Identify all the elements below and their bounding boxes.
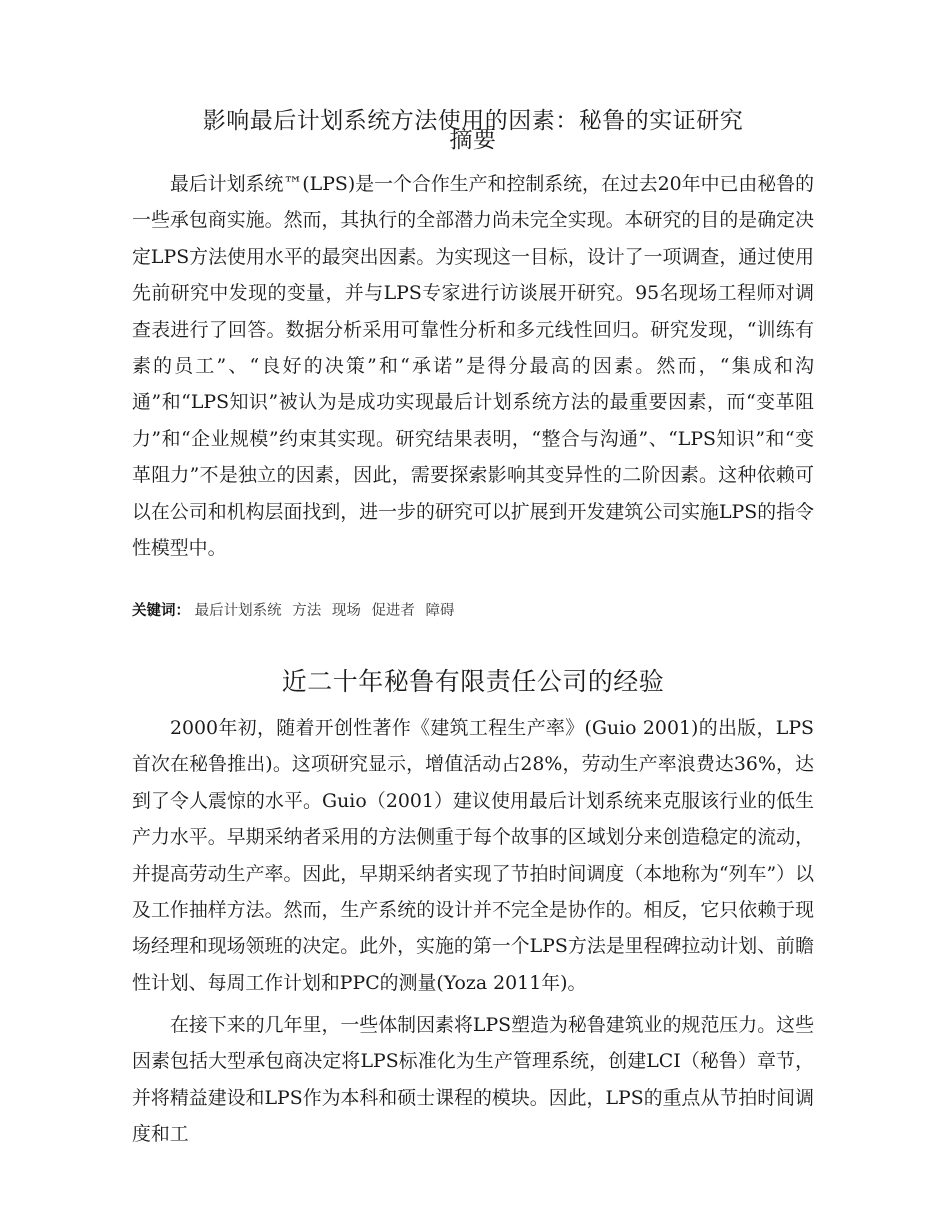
keyword: 障碍 bbox=[426, 603, 455, 619]
keywords-line: 关键词： 最后计划系统 方法 现场 促进者 障碍 bbox=[132, 600, 461, 622]
body-paragraph: 在接下来的几年里，一些体制因素将LPS塑造为秘鲁建筑业的规范压力。这些因素包括大… bbox=[132, 1007, 814, 1153]
body-paragraph: 2000年初，随着开创性著作《建筑工程生产率》(Guio 2001)的出版，LP… bbox=[132, 710, 814, 1001]
keyword: 方法 bbox=[292, 603, 321, 619]
keyword: 最后计划系统 bbox=[195, 603, 282, 619]
keywords-label: 关键词： bbox=[132, 603, 190, 619]
abstract-paragraph: 最后计划系统™(LPS)是一个合作生产和控制系统，在过去20年中已由秘鲁的一些承… bbox=[132, 166, 814, 566]
section-heading: 近二十年秘鲁有限责任公司的经验 bbox=[132, 662, 814, 698]
keyword: 促进者 bbox=[371, 603, 415, 619]
keyword: 现场 bbox=[332, 603, 361, 619]
abstract-heading: 摘要 bbox=[132, 121, 814, 154]
